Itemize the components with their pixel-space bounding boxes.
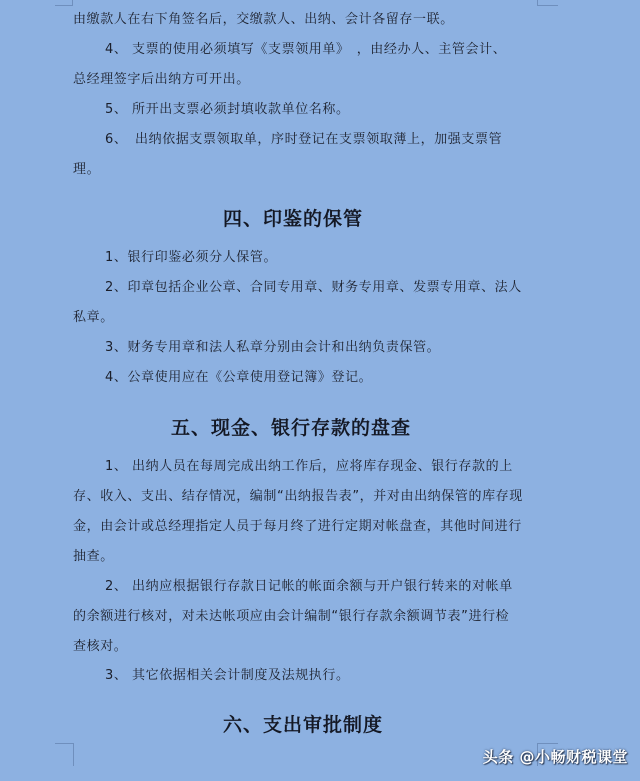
list-number: 4、 — [105, 42, 132, 58]
list-number: 2、 — [105, 579, 132, 595]
section-heading-6: 六、支出审批制度 — [223, 713, 383, 737]
section-heading-5: 五、现金、银行存款的盘查 — [171, 416, 411, 440]
list-item-seal-4: 4、公章使用应在《公章使用登记簿》登记。 — [105, 370, 372, 386]
list-item-text: 其它依据相关会计制度及法规执行。 — [132, 668, 350, 683]
paragraph-line: 存、收入、支出、结存情况，编制“出纳报告表”，并对由出纳保管的库存现 — [73, 489, 523, 505]
paragraph-line: 总经理签字后出纳方可开出。 — [73, 72, 250, 88]
paragraph-line: 金，由会计或总经理指定人员于每月终了进行定期对帐盘查，其他时间进行 — [73, 519, 522, 535]
list-item-text: 出纳应根据银行存款日记帐的帐面余额与开户银行转来的对帐单 — [132, 579, 513, 594]
list-number: 5、 — [105, 102, 132, 118]
paragraph-line: 由缴款人在右下角签名后，交缴款人、出纳、会计各留存一联。 — [73, 12, 454, 28]
page-corner-mark-top-right — [537, 0, 558, 6]
list-item-seal-1: 1、银行印鉴必须分人保管。 — [105, 250, 277, 266]
list-item-text: 所开出支票必须封填收款单位名称。 — [132, 102, 350, 117]
page-corner-mark-top-left — [55, 0, 73, 6]
paragraph-line: 抽查。 — [73, 549, 114, 565]
list-item-cash-3: 3、其它依据相关会计制度及法规执行。 — [105, 668, 350, 684]
watermark-label: 头条 @小畅财税课堂 — [483, 746, 628, 767]
list-number: 3、 — [105, 668, 132, 684]
page-corner-mark-bottom-left — [55, 743, 74, 766]
list-item-6: 6、出纳依据支票领取单，序时登记在支票领取薄上，加强支票管 — [105, 132, 502, 148]
list-item-4: 4、支票的使用必须填写《支票领用单》 ，由经办人、主管会计、 — [105, 42, 506, 58]
paragraph-line: 查核对。 — [73, 639, 127, 655]
paragraph-line: 私章。 — [73, 310, 114, 326]
section-heading-4: 四、印鉴的保管 — [223, 207, 363, 231]
list-number: 1、 — [105, 459, 132, 475]
list-item-text: 出纳依据支票领取单，序时登记在支票领取薄上，加强支票管 — [135, 132, 502, 147]
list-item-seal-3: 3、财务专用章和法人私章分别由会计和出纳负责保管。 — [105, 340, 440, 356]
list-item-cash-2: 2、出纳应根据银行存款日记帐的帐面余额与开户银行转来的对帐单 — [105, 579, 513, 595]
paragraph-line: 的余额进行核对，对未达帐项应由会计编制“银行存款余额调节表”进行检 — [73, 609, 509, 625]
list-item-seal-2: 2、印章包括企业公章、合同专用章、财务专用章、发票专用章、法人 — [105, 280, 522, 296]
paragraph-line: 理。 — [73, 162, 100, 178]
list-item-cash-1: 1、出纳人员在每周完成出纳工作后，应将库存现金、银行存款的上 — [105, 459, 513, 475]
list-item-text: 出纳人员在每周完成出纳工作后，应将库存现金、银行存款的上 — [132, 459, 513, 474]
list-item-text: 支票的使用必须填写《支票领用单》 ，由经办人、主管会计、 — [132, 42, 506, 57]
list-item-5: 5、所开出支票必须封填收款单位名称。 — [105, 102, 350, 118]
list-number: 6、 — [105, 132, 135, 148]
